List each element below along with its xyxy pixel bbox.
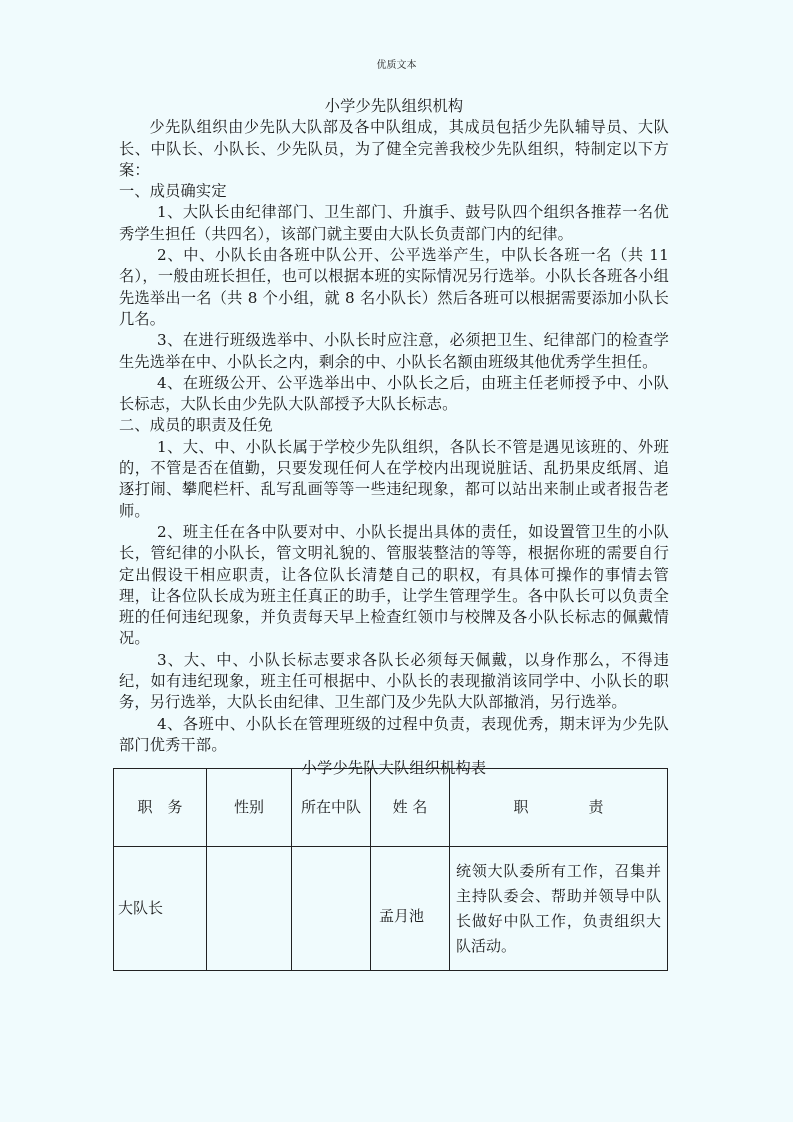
header-position: 职 务 <box>114 769 207 847</box>
page-header: 优质文本 <box>0 56 793 71</box>
section-1-item-2: 2、中、小队长由各班中队公开、公平选举产生，中队长各班一名（共 11 名），一般… <box>119 245 669 330</box>
cell-duty: 统领大队委所有工作，召集并主持队委会、帮助并领导中队长做好中队工作，负责组织大队… <box>450 847 668 971</box>
cell-gender <box>207 847 292 971</box>
section-1-item-4: 4、在班级公开、公平选举出中、小队长之后，由班主任老师授予中、小队长标志，大队长… <box>119 373 669 416</box>
section-2-item-1: 1、大、中、小队长属于学校少先队组织，各队长不管是遇见该班的、外班的，不管是否在… <box>119 437 669 522</box>
document-body: 小学少先队组织机构 少先队组织由少先队大队部及各中队组成，其成员包括少先队辅导员… <box>119 96 669 779</box>
table-row: 大队长 孟月池 统领大队委所有工作，召集并主持队委会、帮助并领导中队长做好中队工… <box>114 847 668 971</box>
header-name: 姓 名 <box>371 769 450 847</box>
section-1-item-3: 3、在进行班级选举中、小队长时应注意，必须把卫生、纪律部门的检查学生先选举在中、… <box>119 330 669 373</box>
table-header-row: 职 务 性别 所在中队 姓 名 职 责 <box>114 769 668 847</box>
section-1-item-1: 1、大队长由纪律部门、卫生部门、升旗手、鼓号队四个组织各推荐一名优秀学生担任（共… <box>119 202 669 245</box>
cell-squad <box>292 847 371 971</box>
section-2-item-2: 2、班主任在各中队要对中、小队长提出具体的责任，如设置管卫生的小队长，管纪律的小… <box>119 522 669 650</box>
section-2-item-4: 4、各班中、小队长在管理班级的过程中负责，表现优秀，期末评为少先队部门优秀干部。 <box>119 714 669 757</box>
section-2-item-3: 3、大、中、小队长标志要求各队长必须每天佩戴，以身作那么，不得违纪，如有违纪现象… <box>119 650 669 714</box>
document-title: 小学少先队组织机构 <box>119 96 669 117</box>
header-gender: 性别 <box>207 769 292 847</box>
intro-paragraph: 少先队组织由少先队大队部及各中队组成，其成员包括少先队辅导员、大队长、中队长、小… <box>119 117 669 181</box>
organization-table: 职 务 性别 所在中队 姓 名 职 责 大队长 孟月池 统领大队委所有工作，召集… <box>113 768 668 971</box>
cell-role: 大队长 <box>114 847 207 971</box>
section-heading-1: 一、成员确实定 <box>119 181 669 202</box>
section-heading-2: 二、成员的职责及任免 <box>119 415 669 436</box>
header-duty: 职 责 <box>450 769 668 847</box>
header-squad: 所在中队 <box>292 769 371 847</box>
cell-name: 孟月池 <box>371 847 450 971</box>
